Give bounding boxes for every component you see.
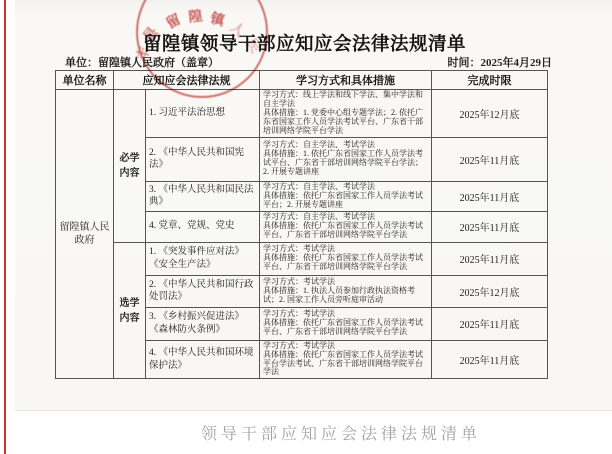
methods-cell: 学习方式：自主学法、考试学法 具体措施：依托广东省国家工作人员学法考试平台；2.…: [260, 181, 432, 211]
category-elective-cell: 选学内容: [114, 242, 146, 379]
study-measures: 具体措施：1. 党委中心组专题学法；2. 依托广东省国家工作人员学法考试平台、广…: [263, 109, 428, 136]
deadline-cell: 2025年11月底: [432, 211, 548, 242]
study-measures: 具体措施：1. 执法人员参加行政执法资格考试；2. 国家工作人员旁听庭审活动: [263, 287, 428, 305]
unit-label: 单位：留隍镇人民政府（盖章）: [65, 54, 219, 70]
left-red-border-line: [4, 0, 6, 454]
image-caption: 领导干部应知应会法律法规清单: [0, 421, 612, 444]
header-laws: 应知应会法律法规: [114, 71, 260, 90]
deadline-cell: 2025年12月底: [432, 90, 548, 138]
scanned-document-page: { "page": { "title": "留隍镇领导干部应知应会法律法规清单"…: [0, 0, 612, 454]
law-cell: 1. 《突发事件应对法》《安全生产法》: [146, 242, 260, 275]
study-measures: 具体措施：1. 依托广东省国家工作人员学法考试平台、广东省干部培训网络学院平台学…: [263, 150, 428, 177]
law-cell: 2. 《中华人民共和国宪法》: [146, 137, 260, 181]
law-cell: 1. 习近平法治思想: [146, 90, 260, 138]
category-required-cell: 必学内容: [114, 90, 146, 243]
deadline-cell: 2025年12月底: [432, 275, 548, 307]
methods-cell: 学习方式：自主学法、考试学法 具体措施：依托广东省国家工作人员学法考试平台、广东…: [260, 211, 432, 242]
deadline-cell: 2025年11月底: [432, 340, 548, 379]
law-cell: 3. 《中华人民共和国民法典》: [146, 181, 260, 211]
study-measures: 具体措施：依托广东省国家工作人员学法考试平台、广东省干部培训网络学院平台学法: [263, 254, 428, 272]
methods-cell: 学习方式：考试学法 具体措施：依托广东省国家工作人员学法考试平台、广东省干部培训…: [260, 242, 432, 275]
table-row: 留隍镇人民政府 必学内容 1. 习近平法治思想 学习方式：线上学法和线下学法、集…: [56, 90, 548, 138]
document-info-row: 单位：留隍镇人民政府（盖章） 时间：2025年4月29日: [65, 54, 552, 70]
law-cell: 4. 党章、党规、党史: [146, 211, 260, 242]
law-cell: 2. 《中华人民共和国行政处罚法》: [146, 275, 260, 307]
header-methods: 学习方式和具体措施: [260, 71, 432, 90]
law-cell: 3. 《乡村振兴促进法》《森林防火条例》: [146, 307, 260, 340]
header-deadline: 完成时限: [432, 71, 548, 90]
table-header-row: 单位名称 应知应会法律法规 学习方式和具体措施 完成时限: [56, 71, 548, 90]
study-measures: 具体措施：依托广东省国家工作人员学法考试平台学法考试、广东省干部培训网络学院平台…: [263, 351, 428, 378]
law-cell: 4. 《中华人民共和国环境保护法》: [146, 340, 260, 379]
deadline-cell: 2025年11月底: [432, 181, 548, 211]
header-unit-name: 单位名称: [56, 71, 114, 90]
deadline-cell: 2025年11月底: [432, 242, 548, 275]
study-method: 学习方式：线上学法和线下学法、集中学法和自主学法: [263, 91, 428, 109]
unit-name-cell: 留隍镇人民政府: [56, 90, 114, 379]
study-measures: 具体措施：依托广东省国家工作人员学法考试平台、广东省干部培训网络学院平台学法: [263, 319, 428, 337]
deadline-cell: 2025年11月底: [432, 137, 548, 181]
seal-char: 留: [163, 11, 183, 31]
table-row: 选学内容 1. 《突发事件应对法》《安全生产法》 学习方式：考试学法 具体措施：…: [56, 242, 548, 275]
deadline-cell: 2025年11月底: [432, 307, 548, 340]
laws-table: 单位名称 应知应会法律法规 学习方式和具体措施 完成时限 留隍镇人民政府 必学内…: [55, 70, 548, 379]
methods-cell: 学习方式：线上学法和线下学法、集中学法和自主学法 具体措施：1. 党委中心组专题…: [260, 90, 432, 138]
seal-char: 隍: [187, 8, 203, 24]
seal-char: 镇: [208, 10, 227, 29]
scanned-paper: 留隍镇领导干部应知应会法律法规清单 单位：留隍镇人民政府（盖章） 时间：2025…: [15, 0, 612, 411]
document-title: 留隍镇领导干部应知应会法律法规清单: [15, 30, 603, 56]
date-label: 时间：2025年4月29日: [448, 54, 553, 70]
methods-cell: 学习方式：考试学法 具体措施：依托广东省国家工作人员学法考试平台、广东省干部培训…: [260, 307, 432, 340]
study-measures: 具体措施：依托广东省国家工作人员学法考试平台、广东省干部培训网络学院平台学法: [263, 222, 428, 240]
methods-cell: 学习方式：考试学法 具体措施：依托广东省国家工作人员学法考试平台学法考试、广东省…: [260, 340, 432, 379]
methods-cell: 学习方式：考试学法 具体措施：1. 执法人员参加行政执法资格考试；2. 国家工作…: [260, 275, 432, 307]
study-measures: 具体措施：依托广东省国家工作人员学法考试平台；2. 开展专题讲座: [263, 192, 428, 210]
methods-cell: 学习方式：自主学法、考试学法 具体措施：1. 依托广东省国家工作人员学法考试平台…: [260, 137, 432, 181]
